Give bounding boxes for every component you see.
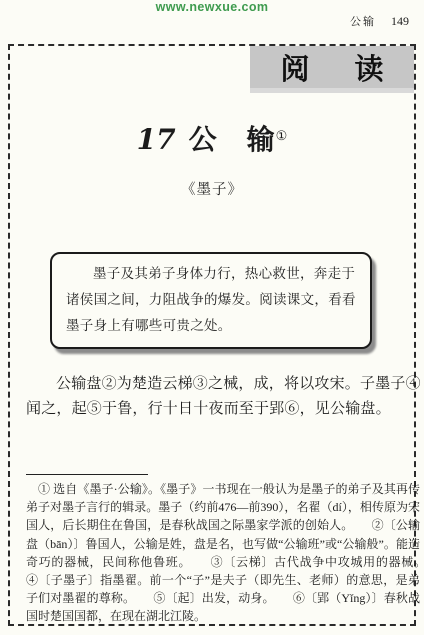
lesson-title-footnote-ref: ① [276, 128, 288, 143]
lesson-title: 17公 输① [10, 118, 414, 158]
lesson-body-paragraph: 公输盘②为楚造云梯③之械，成，将以攻宋。子墨子④闻之，起⑤于鲁，行十日十夜而至于… [26, 372, 421, 422]
textbook-page: { "header": { "site_url": "www.newxue.co… [0, 0, 424, 635]
footnote-divider [26, 474, 148, 475]
footnotes-text: ① 选自《墨子·公输》。《墨子》一书现在一般认为是墨子的弟子及其再传弟子对墨子言… [26, 480, 420, 626]
page-border-frame: 阅 读 17公 输① 《墨子》 墨子及其弟子身体力行，热心救世，奔走于诸侯国之间… [8, 44, 416, 626]
lesson-number: 17 [137, 123, 176, 156]
footnotes-block: ① 选自《墨子·公输》。《墨子》一书现在一般认为是墨子的弟子及其再传弟子对墨子言… [26, 480, 420, 626]
site-url-watermark: www.newxue.com [0, 0, 424, 14]
lesson-source: 《墨子》 [10, 178, 414, 199]
page-number: 149 [391, 14, 409, 28]
lesson-body: 公输盘②为楚造云梯③之械，成，将以攻宋。子墨子④闻之，起⑤于鲁，行十日十夜而至于… [26, 372, 421, 422]
reading-banner-label: 阅 读 [272, 47, 391, 88]
intro-box-text: 墨子及其弟子身体力行，热心救世，奔走于诸侯国之间，力阻战争的爆发。阅读课文，看看… [66, 261, 356, 339]
reading-section-banner: 阅 读 [250, 46, 414, 93]
running-head-chapter: 公输 [350, 16, 376, 28]
intro-box: 墨子及其弟子身体力行，热心救世，奔走于诸侯国之间，力阻战争的爆发。阅读课文，看看… [50, 252, 372, 349]
lesson-name: 公 输 [189, 125, 276, 156]
running-head: 公输149 [350, 13, 409, 29]
